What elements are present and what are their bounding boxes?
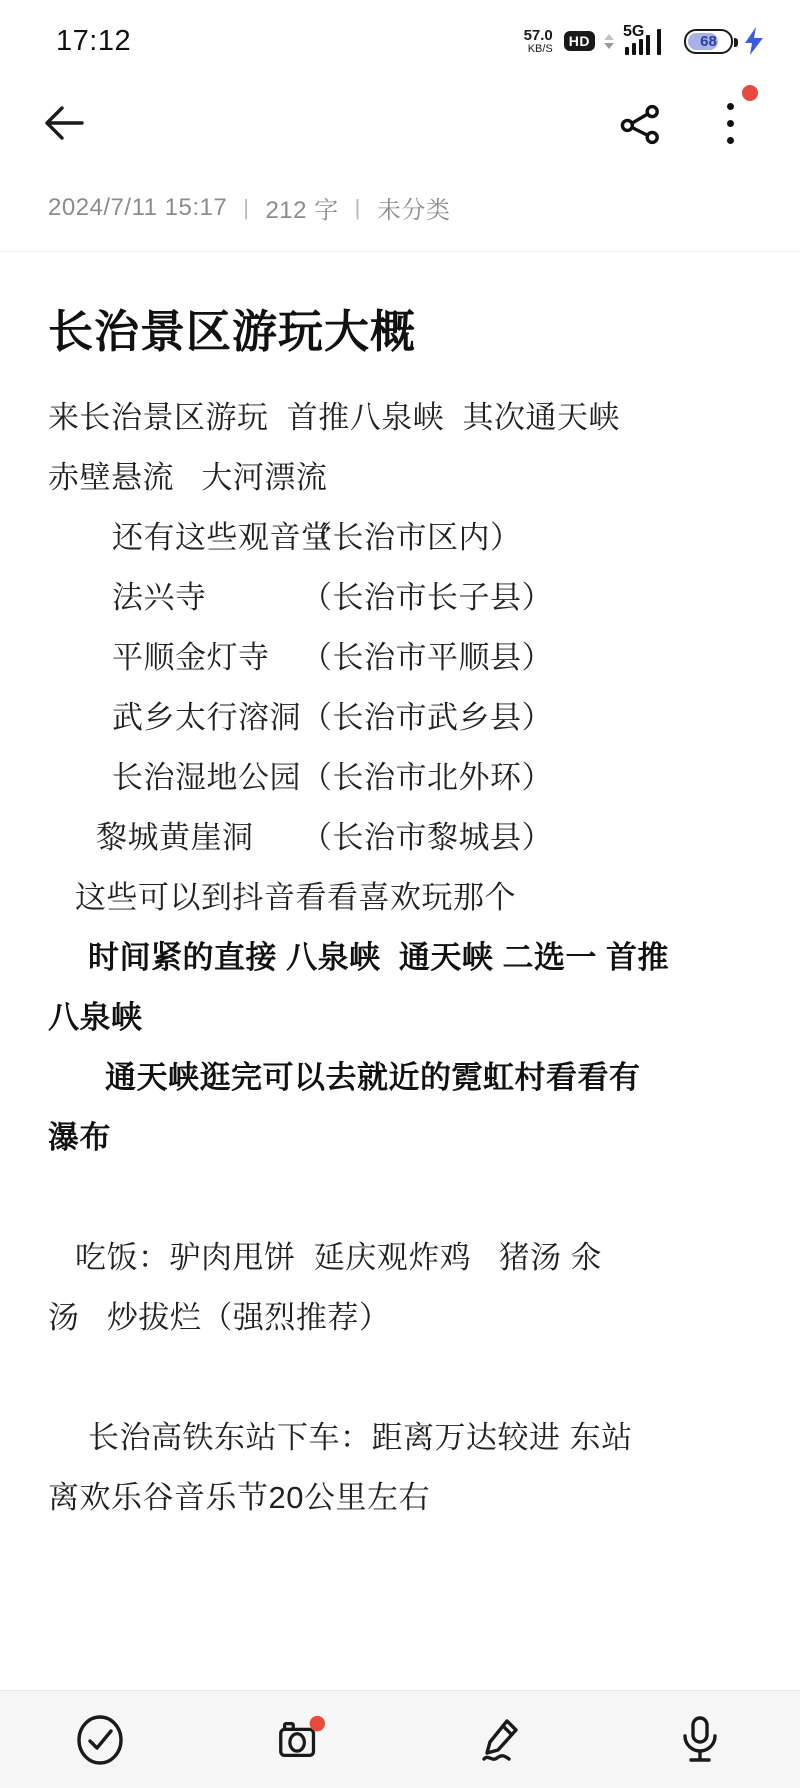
meta-separator: | bbox=[355, 195, 361, 221]
todo-check-icon bbox=[75, 1714, 125, 1766]
microphone-icon bbox=[676, 1714, 724, 1766]
venue-row: 黎城黄崖洞 （长治市黎城县） bbox=[48, 808, 752, 868]
note-line: 来长治景区游玩 首推八泉峡 其次通天峡 bbox=[48, 388, 752, 448]
note-word-count: 212 字 bbox=[265, 190, 338, 225]
hd-voice-icon: HD bbox=[564, 31, 595, 51]
voice-button[interactable] bbox=[674, 1714, 726, 1766]
venue-location: （长治市北外环） bbox=[301, 748, 553, 808]
venue-name: 法兴寺 bbox=[48, 568, 301, 628]
venue-location: （长治市平顺县） bbox=[301, 628, 553, 688]
note-body: 来长治景区游玩 首推八泉峡 其次通天峡 赤壁悬流 大河漂流 还有这些观音堂 （长… bbox=[48, 388, 752, 1528]
camera-icon bbox=[274, 1714, 326, 1766]
note-line-bold: 通天峡逛完可以去就近的霓虹村看看有 bbox=[48, 1048, 752, 1108]
note-line: 这些可以到抖音看看喜欢玩那个 bbox=[48, 868, 752, 928]
venue-name: 长治湿地公园 bbox=[48, 748, 301, 808]
note-category: 未分类 bbox=[377, 190, 451, 225]
note-title: 长治景区游玩大概 bbox=[48, 304, 752, 360]
note-line: 长治高铁东站下车：距离万达较进 东站 bbox=[48, 1408, 752, 1468]
note-line: 离欢乐谷音乐节20公里左右 bbox=[48, 1468, 752, 1528]
upload-arrow-icon bbox=[604, 34, 614, 40]
doodle-pen-icon bbox=[474, 1714, 526, 1766]
notification-dot bbox=[742, 85, 758, 101]
meta-separator: | bbox=[243, 195, 249, 221]
note-line-bold: 八泉峡 bbox=[48, 988, 752, 1048]
venue-location: （长治市武乡县） bbox=[301, 688, 553, 748]
blank-line bbox=[48, 1168, 752, 1228]
venue-row: 平顺金灯寺 （长治市平顺县） bbox=[48, 628, 752, 688]
venue-row: 武乡太行溶洞 （长治市武乡县） bbox=[48, 688, 752, 748]
network-speed: 57.0 KB/S bbox=[524, 28, 553, 55]
note-datetime: 2024/7/11 15:17 bbox=[48, 194, 227, 222]
clock: 17:12 bbox=[56, 25, 131, 58]
camera-button[interactable] bbox=[274, 1714, 326, 1766]
note-line-bold: 时间紧的直接 八泉峡 通天峡 二选一 首推 bbox=[48, 928, 752, 988]
venue-row: 长治湿地公园 （长治市北外环） bbox=[48, 748, 752, 808]
charging-bolt-icon bbox=[742, 26, 766, 56]
note-editor[interactable]: 长治景区游玩大概 来长治景区游玩 首推八泉峡 其次通天峡 赤壁悬流 大河漂流 还… bbox=[0, 304, 800, 1528]
notes-app-screen: { "status_bar": { "time": "17:12", "net_… bbox=[0, 0, 800, 1788]
battery-icon: 68 bbox=[684, 29, 733, 54]
overflow-menu-button[interactable] bbox=[727, 103, 760, 144]
note-line: 赤壁悬流 大河漂流 bbox=[48, 448, 752, 508]
status-bar: 17:12 57.0 KB/S HD 5G 68 bbox=[0, 0, 800, 72]
todo-check-button[interactable] bbox=[74, 1714, 126, 1766]
camera-badge bbox=[310, 1715, 325, 1730]
back-arrow-icon bbox=[40, 104, 86, 142]
note-meta-bar: 2024/7/11 15:17 | 212 字 | 未分类 bbox=[0, 174, 800, 252]
note-line-bold: 瀑布 bbox=[48, 1108, 752, 1168]
download-arrow-icon bbox=[604, 43, 614, 49]
venue-location: （长治市黎城县） bbox=[301, 808, 553, 868]
bottom-toolbar bbox=[0, 1690, 800, 1788]
note-header bbox=[0, 72, 800, 174]
back-button[interactable] bbox=[40, 104, 86, 142]
venue-name: 还有这些观音堂 bbox=[48, 508, 301, 568]
share-button[interactable] bbox=[617, 99, 665, 147]
share-icon bbox=[617, 99, 665, 147]
battery-percent: 68 bbox=[686, 31, 731, 52]
venue-row: 法兴寺 （长治市长子县） bbox=[48, 568, 752, 628]
venue-row: 还有这些观音堂 （长治市区内） bbox=[48, 508, 752, 568]
data-activity-icon bbox=[604, 34, 614, 49]
more-options-icon bbox=[727, 103, 734, 144]
status-icons: 57.0 KB/S HD 5G 68 bbox=[524, 25, 766, 57]
note-line: 汤 炒拔烂（强烈推荐） bbox=[48, 1288, 752, 1348]
blank-line bbox=[48, 1348, 752, 1408]
venue-name: 平顺金灯寺 bbox=[48, 628, 301, 688]
venue-location: （长治市长子县） bbox=[301, 568, 553, 628]
venue-name: 黎城黄崖洞 bbox=[48, 808, 301, 868]
venue-name: 武乡太行溶洞 bbox=[48, 688, 301, 748]
doodle-button[interactable] bbox=[474, 1714, 526, 1766]
signal-strength-icon: 5G bbox=[623, 25, 675, 57]
note-line: 吃饭：驴肉甩饼 延庆观炸鸡 猪汤 氽 bbox=[48, 1228, 752, 1288]
venue-location: （长治市区内） bbox=[301, 508, 522, 568]
